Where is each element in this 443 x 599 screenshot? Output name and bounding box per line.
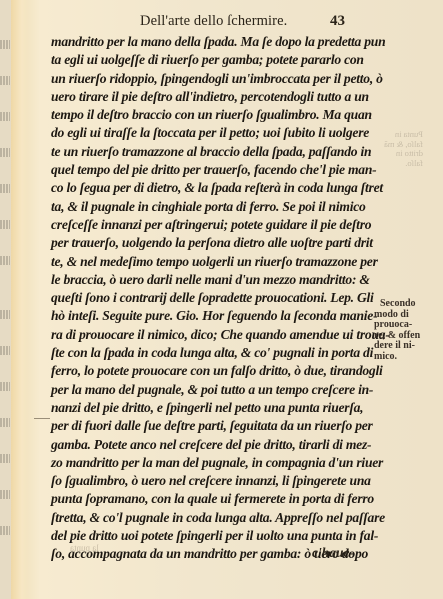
previous-page-text-fragment: [0, 418, 10, 427]
text-line: ferro, lo potete prouocare con un falſo …: [51, 362, 363, 380]
previous-page-text-fragment: [0, 454, 10, 463]
previous-page-text-fragment: [0, 40, 10, 49]
text-line: gamba. Potete anco nel creſcere del pie …: [51, 436, 363, 454]
text-line: un riuerſo ridoppio, ſpingendogli un'imb…: [51, 70, 363, 88]
text-line: ta, & il pugnale in cinghiale porta di f…: [51, 198, 363, 216]
text-line: ſtretta, & co'l pugnale in coda lunga al…: [51, 509, 363, 527]
text-line: ta egli ui uolgeſſe di riuerſo per gamba…: [51, 51, 363, 69]
previous-page-text-fragment: [0, 310, 10, 319]
text-line: te un riuerſo tramazzone al braccio dell…: [51, 143, 363, 161]
text-line: quel tempo del pie dritto per trauerſo, …: [51, 161, 363, 179]
previous-page-text-fragment: [0, 184, 10, 193]
text-line: le braccia, ò uero darli nelle mani d'un…: [51, 271, 363, 289]
text-line: mandritto per la mano della ſpada. Ma ſe…: [51, 33, 363, 51]
show-through-line: falſo.: [378, 159, 423, 169]
show-through-bottom: la punta: [70, 543, 99, 553]
text-line: zo mandritto per la man del pugnale, in …: [51, 454, 363, 472]
text-line: per trauerſo, uolgendo la perſona dietro…: [51, 234, 363, 252]
previous-page-text-fragment: [0, 346, 10, 355]
margin-note-line: mico.: [374, 352, 436, 363]
page-number: 43: [330, 13, 345, 30]
text-line: per di fuori dalle ſue deſtre parti, ſeg…: [51, 417, 363, 435]
text-line: per la mano del pugnale, & poi tutto a u…: [51, 381, 363, 399]
book-page: Dell'arte dello ſchermire. 43 Punta in f…: [0, 0, 443, 599]
previous-page-text-fragment: [0, 256, 10, 265]
text-line: tempo il deſtro braccio con un riuerſo ſ…: [51, 106, 363, 124]
text-line: punta ſopramano, con la quale ui fermere…: [51, 490, 363, 508]
running-head: Dell'arte dello ſchermire.: [140, 13, 287, 30]
previous-page-text-fragment: [0, 76, 10, 85]
previous-page-text-fragment: [0, 382, 10, 391]
text-line: queſti ſono i contrarij delle ſopradette…: [51, 289, 363, 307]
body-text: mandritto per la mano della ſpada. Ma ſe…: [51, 33, 363, 564]
text-line: co lo ſegua per di dietro, & la ſpada re…: [51, 179, 363, 197]
catchword: c'haue-: [312, 545, 354, 561]
previous-page-text-fragment: [0, 526, 10, 535]
text-line: te, & nel medeſimo tempo uolgerli un riu…: [51, 253, 363, 271]
text-line: ſte con la ſpada in coda lunga alta, & c…: [51, 344, 363, 362]
text-line: do egli ui tiraſſe la ſtoccata per il pe…: [51, 124, 363, 142]
text-line: hò inteſi. Seguite pure. Gio. Hor ſeguen…: [51, 307, 363, 325]
previous-page-text-fragment: [0, 148, 10, 157]
pen-mark: [34, 418, 50, 419]
text-line: ſo ſgualimbro, ò uero nel creſcere innan…: [51, 472, 363, 490]
text-line: ra di prouocare il nimico, dico; Che qua…: [51, 326, 363, 344]
text-line: uero tirare il pie deſtro all'indietro, …: [51, 88, 363, 106]
text-line: nanzi del pie dritto, e ſpingerli nel pe…: [51, 399, 363, 417]
gutter-shadow: [11, 0, 29, 599]
previous-page-text-fragment: [0, 490, 10, 499]
margin-note: Secondo modo di prouoca- re, & offen der…: [374, 299, 436, 363]
previous-page-text-fragment: [0, 220, 10, 229]
margin-note-line: Secondo: [374, 299, 436, 310]
previous-page-text-fragment: [0, 112, 10, 121]
text-line: creſceſſe innanzi per aſtringerui; potet…: [51, 216, 363, 234]
show-through-margin-note: Punta in falſo, & mã dritto in falſo.: [378, 130, 423, 168]
